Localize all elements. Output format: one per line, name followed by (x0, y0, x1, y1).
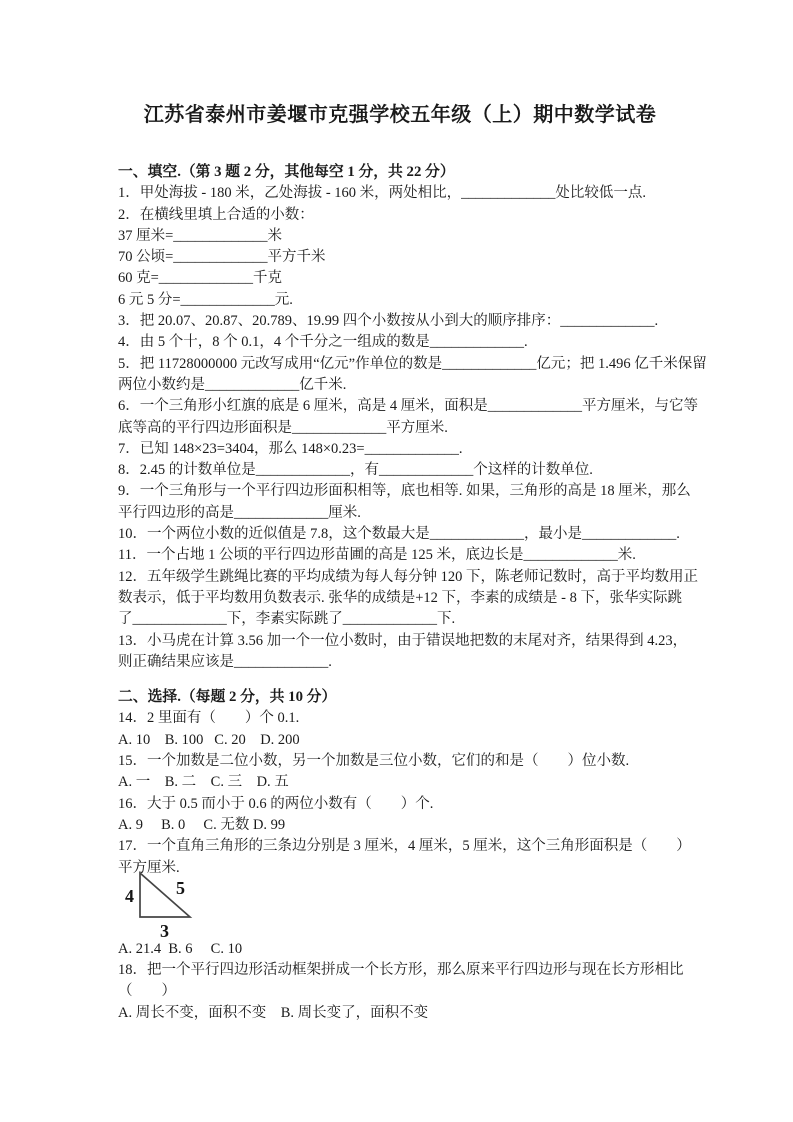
text-line: A. 10 B. 100 C. 20 D. 200 (118, 730, 682, 751)
text-line: 10．一个两位小数的近似值是 7.8，这个数最大是_____________，最… (118, 524, 682, 545)
text-line: 5．把 11728000000 元改写成用“亿元”作单位的数是_________… (118, 354, 682, 375)
text-line: 14．2 里面有（ ）个 0.1. (118, 708, 682, 729)
text-line: 底等高的平行四边形面积是_____________平方厘米. (118, 418, 682, 439)
text-line: 60 克=_____________千克 (118, 268, 682, 289)
text-line: 3．把 20.07、20.87、20.789、19.99 四个小数按从小到大的顺… (118, 311, 682, 332)
text-line: 37 厘米=_____________米 (118, 226, 682, 247)
text-line: 6．一个三角形小红旗的底是 6 厘米，高是 4 厘米，面积是__________… (118, 396, 682, 417)
text-line: 6 元 5 分=_____________元. (118, 290, 682, 311)
text-line: 两位小数约是_____________亿千米. (118, 375, 682, 396)
section: 二、选择.（每题 2 分，共 10 分）14．2 里面有（ ）个 0.1.A. … (118, 687, 682, 1024)
text-line: 数表示，低于平均数用负数表示. 张华的成绩是+12 下，李素的成绩是 - 8 下… (118, 588, 682, 609)
section-heading: 一、填空.（第 3 题 2 分，其他每空 1 分，共 22 分） (118, 162, 682, 183)
text-line: 15．一个加数是二位小数，另一个加数是三位小数，它们的和是（ ）位小数. (118, 751, 682, 772)
exam-document: 江苏省泰州市姜堰市克强学校五年级（上）期中数学试卷 一、填空.（第 3 题 2 … (118, 102, 682, 1024)
triangle-label-hypotenuse: 5 (176, 878, 185, 898)
text-line: 13．小马虎在计算 3.56 加一个一位小数时，由于错误地把数的末尾对齐，结果得… (118, 631, 682, 652)
text-line: 2．在横线里填上合适的小数： (118, 205, 682, 226)
text-line: 则正确结果应该是_____________. (118, 652, 682, 673)
text-line: 4．由 5 个十，8 个 0.1，4 个千分之一组成的数是___________… (118, 332, 682, 353)
text-line: 1．甲处海拔 - 180 米，乙处海拔 - 160 米，两处相比，_______… (118, 183, 682, 204)
triangle-figure: 4 5 3 (118, 879, 682, 939)
text-line: 8．2.45 的计数单位是_____________，有____________… (118, 460, 682, 481)
right-triangle-svg: 4 5 3 (124, 865, 234, 953)
text-line: 17．一个直角三角形的三条边分别是 3 厘米，4 厘米，5 厘米，这个三角形面积… (118, 836, 682, 857)
text-line: 平行四边形的高是_____________厘米. (118, 503, 682, 524)
text-line: A. 9 B. 0 C. 无数 D. 99 (118, 815, 682, 836)
triangle-label-left: 4 (125, 886, 134, 906)
text-line: 18．把一个平行四边形活动框架拼成一个长方形，那么原来平行四边形与现在长方形相比 (118, 960, 682, 981)
section: 一、填空.（第 3 题 2 分，其他每空 1 分，共 22 分）1．甲处海拔 -… (118, 162, 682, 673)
text-line: 70 公顷=_____________平方千米 (118, 247, 682, 268)
text-line: 了_____________下，李素实际跳了_____________下. (118, 609, 682, 630)
text-line: 11．一个占地 1 公顷的平行四边形苗圃的高是 125 米，底边长是______… (118, 545, 682, 566)
text-line: 12．五年级学生跳绳比赛的平均成绩为每人每分钟 120 下，陈老师记数时，高于平… (118, 567, 682, 588)
text-line: A. 一 B. 二 C. 三 D. 五 (118, 772, 682, 793)
page-title: 江苏省泰州市姜堰市克强学校五年级（上）期中数学试卷 (118, 102, 682, 128)
exam-page: 江苏省泰州市姜堰市克强学校五年级（上）期中数学试卷 一、填空.（第 3 题 2 … (0, 0, 793, 1122)
section-heading: 二、选择.（每题 2 分，共 10 分） (118, 687, 682, 708)
text-line: A. 周长不变，面积不变 B. 周长变了，面积不变 (118, 1003, 682, 1024)
text-line: 16．大于 0.5 而小于 0.6 的两位小数有（ ）个. (118, 794, 682, 815)
text-line: 9．一个三角形与一个平行四边形面积相等，底也相等. 如果，三角形的高是 18 厘… (118, 481, 682, 502)
triangle-label-base: 3 (160, 921, 169, 941)
sections-container: 一、填空.（第 3 题 2 分，其他每空 1 分，共 22 分）1．甲处海拔 -… (118, 162, 682, 1024)
text-line: 7．已知 148×23=3404，那么 148×0.23=___________… (118, 439, 682, 460)
text-line: （ ） (118, 981, 682, 1002)
